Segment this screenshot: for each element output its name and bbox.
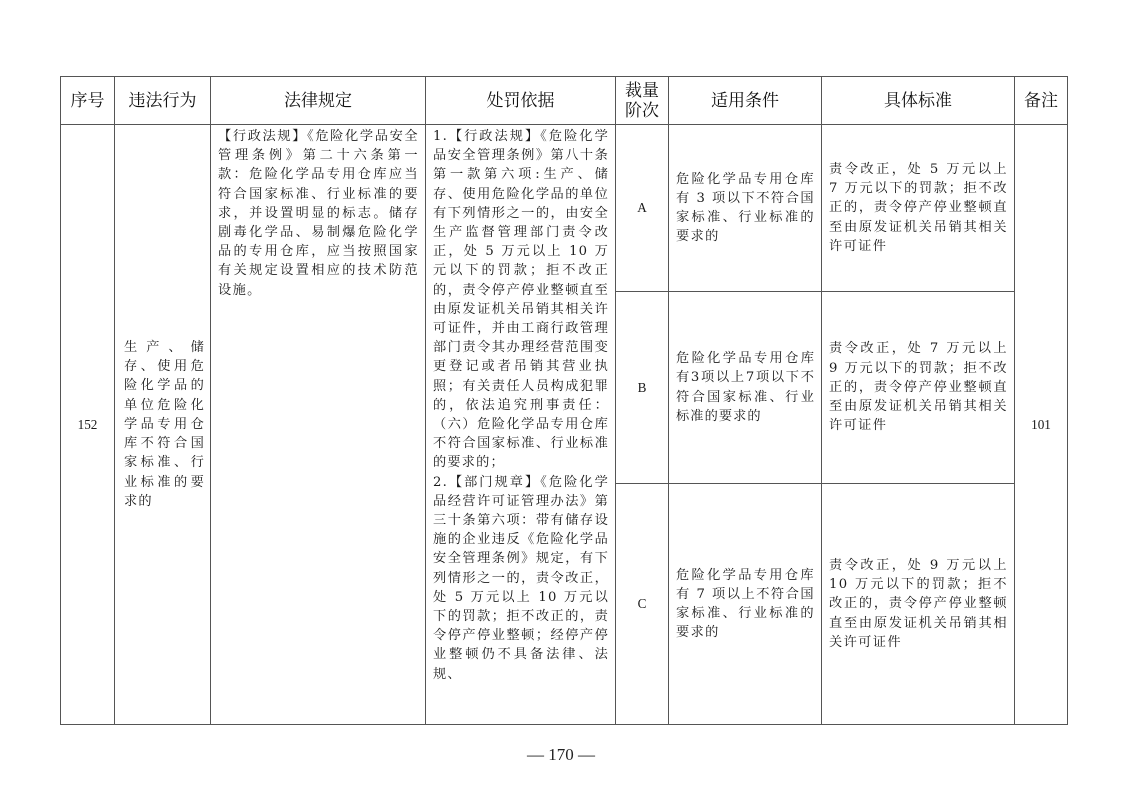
law-text: 【行政法规】《危险化学品安全管理条例》第二十六条第一款：危险化学品专用仓库应当符… xyxy=(211,125,425,300)
level-b: B xyxy=(616,292,669,484)
standard-b: 责令改正，处 7 万元以上 9 万元以下的罚款；拒不改正的，责令停产停业整顿直至… xyxy=(822,292,1015,484)
condition-b-text: 危险化学品专用仓库有3项以上7项以下不符合国家标准、行业标准的要求的 xyxy=(669,349,821,426)
header-seq: 序号 xyxy=(61,77,115,125)
row-penalty-basis: 1.【行政法规】《危险化学品安全管理条例》第八十条第一款第六项:生产、储存、使用… xyxy=(426,125,616,725)
condition-c: 危险化学品专用仓库有 7 项以上不符合国家标准、行业标准的要求的 xyxy=(669,484,822,725)
standard-a-text: 责令改正，处 5 万元以上 7 万元以下的罚款；拒不改正的，责令停产停业整顿直至… xyxy=(822,160,1014,256)
penalty-basis-item-2: 2.【部门规章】《危险化学品经营许可证管理办法》第三十条第六项：带有储存设施的企… xyxy=(433,473,609,684)
header-law: 法律规定 xyxy=(211,77,426,125)
condition-c-text: 危险化学品专用仓库有 7 项以上不符合国家标准、行业标准的要求的 xyxy=(669,566,821,643)
header-violation: 违法行为 xyxy=(115,77,211,125)
header-standard: 具体标准 xyxy=(822,77,1015,125)
standard-c: 责令改正，处 9 万元以上 10 万元以下的罚款；拒不改正的，责令停产停业整顿直… xyxy=(822,484,1015,725)
standard-c-text: 责令改正，处 9 万元以上 10 万元以下的罚款；拒不改正的，责令停产停业整顿直… xyxy=(822,556,1014,652)
page-number: — 170 — xyxy=(0,745,1122,765)
level-a: A xyxy=(616,125,669,292)
row-seq: 152 xyxy=(61,125,115,725)
condition-b: 危险化学品专用仓库有3项以上7项以下不符合国家标准、行业标准的要求的 xyxy=(669,292,822,484)
table-row: 152 生产、储存、使用危险化学品的单位危险化学品专用仓库不符合国家标准、行业标… xyxy=(61,125,1068,292)
row-law: 【行政法规】《危险化学品安全管理条例》第二十六条第一款：危险化学品专用仓库应当符… xyxy=(211,125,426,725)
condition-a: 危险化学品专用仓库有 3 项以下不符合国家标准、行业标准的要求的 xyxy=(669,125,822,292)
header-penalty-basis: 处罚依据 xyxy=(426,77,616,125)
header-level: 裁量 阶次 xyxy=(616,77,669,125)
row-violation: 生产、储存、使用危险化学品的单位危险化学品专用仓库不符合国家标准、行业标准的要求… xyxy=(115,125,211,725)
header-condition: 适用条件 xyxy=(669,77,822,125)
level-c: C xyxy=(616,484,669,725)
penalty-discretion-table: 序号 违法行为 法律规定 处罚依据 裁量 阶次 适用条件 具体标准 备注 152… xyxy=(60,76,1068,725)
violation-text: 生产、储存、使用危险化学品的单位危险化学品专用仓库不符合国家标准、行业标准的要求… xyxy=(115,338,210,511)
header-level-line1: 裁量 xyxy=(616,81,668,101)
header-level-line2: 阶次 xyxy=(616,101,668,121)
header-remark: 备注 xyxy=(1015,77,1068,125)
header-row: 序号 违法行为 法律规定 处罚依据 裁量 阶次 适用条件 具体标准 备注 xyxy=(61,77,1068,125)
standard-a: 责令改正，处 5 万元以上 7 万元以下的罚款；拒不改正的，责令停产停业整顿直至… xyxy=(822,125,1015,292)
standard-b-text: 责令改正，处 7 万元以上 9 万元以下的罚款；拒不改正的，责令停产停业整顿直至… xyxy=(822,339,1014,435)
condition-a-text: 危险化学品专用仓库有 3 项以下不符合国家标准、行业标准的要求的 xyxy=(669,170,821,247)
penalty-basis-item-1: 1.【行政法规】《危险化学品安全管理条例》第八十条第一款第六项:生产、储存、使用… xyxy=(433,127,609,473)
row-remark: 101 xyxy=(1015,125,1068,725)
